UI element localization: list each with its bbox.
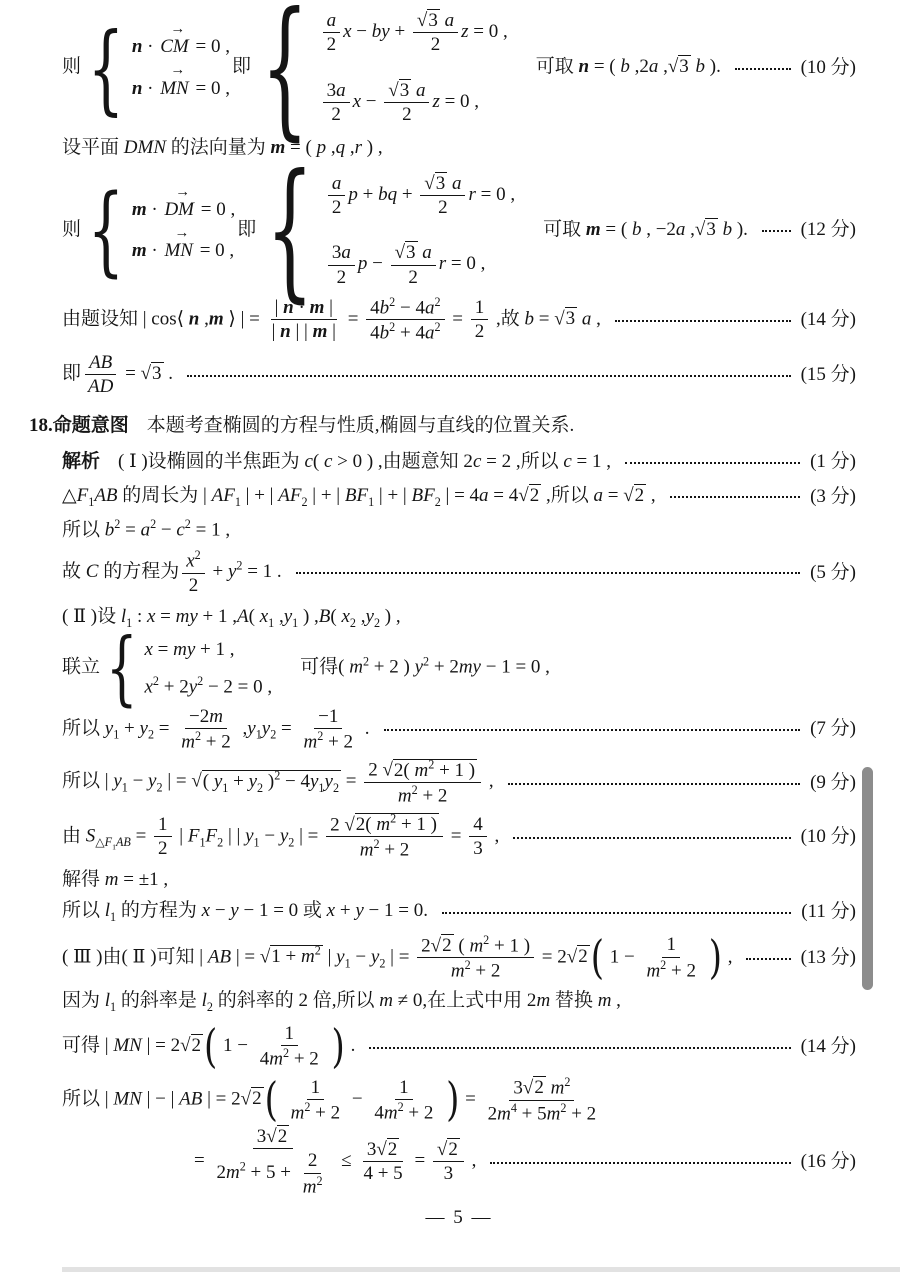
score-label: (16 分)	[801, 1149, 856, 1175]
math-content: 因为 l1 的斜率是 l2 的斜率的 2 倍,所以 m ≠ 0,在上式中用 2m…	[62, 988, 621, 1015]
math-content: 解得 m = ±1 ,	[62, 867, 168, 893]
dotted-leader	[762, 230, 791, 232]
solution-line-slope-relation: 因为 l1 的斜率是 l2 的斜率的 2 倍,所以 m ≠ 0,在上式中用 2m…	[62, 988, 856, 1015]
solution-line-cos-angle: 由题设知 | cos⟨ n ,m ⟩ | = | n · m || n | | …	[62, 296, 856, 344]
score-label: (5 分)	[810, 560, 856, 586]
solution-line-y-difference: 所以 | y1 − y2 | = √( y1 + y2 )2 − 4y1y2 =…	[62, 758, 856, 806]
dotted-leader	[296, 572, 800, 574]
dotted-leader	[187, 375, 791, 377]
math-content: 则{n · CM = 0 ,n · MN = 0 ,即{a2x − by + √…	[62, 10, 721, 125]
solution-line-triangle-area: 由 S△F1AB = 12 | F1F2 | | y1 − y2 | = 2 √…	[62, 813, 856, 861]
score-label: (15 分)	[801, 362, 856, 388]
solution-line-l1-equations: 所以 l1 的方程为 x − y − 1 = 0 或 x + y − 1 = 0…	[62, 898, 856, 925]
dotted-leader	[746, 958, 790, 960]
math-content: 解析( Ⅰ )设椭圆的半焦距为 c( c > 0 ) ,由题意知 2c = 2 …	[62, 449, 611, 475]
score-label: (3 分)	[810, 484, 856, 510]
solution-line-vectors-n: 则{n · CM = 0 ,n · MN = 0 ,即{a2x − by + √…	[62, 10, 856, 125]
math-content: ( Ⅲ )由( Ⅱ )可知 | AB | = √1 + m2 | y1 − y2…	[62, 934, 732, 982]
solution-line-simultaneous-system: 联立{x = my + 1 ,x2 + 2y2 − 2 = 0 ,可得( m2 …	[62, 637, 856, 700]
math-content: = 3√22m2 + 5 + 2m2 ≤ 3√24 + 5 = √23 ,	[194, 1126, 476, 1197]
score-label: (10 分)	[801, 824, 856, 850]
math-content: △F1AB 的周长为 | AF1 | + | AF2 | + | BF1 | +…	[62, 483, 656, 510]
math-content: 设平面 DMN 的法向量为 m = ( p ,q ,r ) ,	[62, 135, 383, 161]
math-content: 所以 | y1 − y2 | = √( y1 + y2 )2 − 4y1y2 =…	[62, 758, 494, 806]
solution-line-set-normal-m: 设平面 DMN 的法向量为 m = ( p ,q ,r ) ,	[62, 135, 856, 161]
math-content: 所以 | MN | − | AB | = 2√2( 1m2 + 2 − 14m2…	[62, 1076, 603, 1124]
solution-line-b-squared: 所以 b2 = a2 − c2 = 1 ,	[62, 516, 856, 543]
solution-line-final-bound: = 3√22m2 + 5 + 2m2 ≤ 3√24 + 5 = √23 , (1…	[194, 1126, 856, 1197]
page-bottom-edge	[62, 1267, 900, 1272]
dotted-leader	[615, 320, 791, 322]
score-label: (1 分)	[810, 449, 856, 475]
dotted-leader	[490, 1162, 790, 1164]
dotted-leader	[625, 462, 800, 464]
score-label: (14 分)	[801, 307, 856, 333]
math-content: 故 C 的方程为x22 + y2 = 1 .	[62, 549, 282, 596]
score-label: (14 分)	[801, 1034, 856, 1060]
solution-line-vectors-m: 则{m · DM = 0 ,m · MN = 0 ,即{a2p + bq + √…	[62, 173, 856, 288]
math-content: 由 S△F1AB = 12 | F1F2 | | y1 − y2 | = 2 √…	[62, 813, 499, 861]
solution-line-part3-ab-length: ( Ⅲ )由( Ⅱ )可知 | AB | = √1 + m2 | y1 − y2…	[62, 934, 856, 982]
math-content: 所以 b2 = a2 − c2 = 1 ,	[62, 516, 230, 543]
dotted-leader	[442, 912, 791, 914]
math-content: 由题设知 | cos⟨ n ,m ⟩ | = | n · m || n | | …	[62, 296, 601, 344]
dotted-leader	[735, 68, 791, 70]
math-content: 18.命题意图本题考查椭圆的方程与性质,椭圆与直线的位置关系.	[29, 413, 574, 439]
math-content: 则{m · DM = 0 ,m · MN = 0 ,即{a2p + bq + √…	[62, 173, 748, 288]
solution-line-ab-ad-ratio: 即ABAD = √3 . (15 分)	[62, 352, 856, 398]
scrollbar-thumb[interactable]	[862, 767, 873, 990]
math-content: 即ABAD = √3 .	[62, 352, 173, 398]
solution-line-solve-m: 解得 m = ±1 ,	[62, 867, 856, 893]
solution-line-ellipse-equation: 故 C 的方程为x22 + y2 = 1 . (5 分)	[62, 549, 856, 596]
dotted-leader	[384, 729, 801, 731]
solution-line-vieta: 所以 y1 + y2 = −2mm2 + 2 ,y1y2 = −1m2 + 2 …	[62, 706, 856, 753]
dotted-leader	[670, 496, 800, 498]
dotted-leader	[513, 837, 790, 839]
solution-line-mn-minus-ab: 所以 | MN | − | AB | = 2√2( 1m2 + 2 − 14m2…	[62, 1076, 856, 1124]
score-label: (10 分)	[801, 55, 856, 81]
solution-line-part2-setup: ( Ⅱ )设 l1 : x = my + 1 ,A( x1 ,y1 ) ,B( …	[62, 604, 856, 631]
solution-page: 则{n · CM = 0 ,n · MN = 0 ,即{a2x − by + √…	[0, 0, 900, 1231]
solution-line-mn-length: 可得 | MN | = 2√2( 1 − 14m2 + 2 ) . (14 分)	[62, 1023, 856, 1070]
page-number: — 5 —	[62, 1205, 856, 1231]
score-label: (11 分)	[801, 899, 856, 925]
math-solution-document: { "document": { "page_label": "— 5 —" },…	[0, 0, 900, 1272]
score-label: (9 分)	[810, 770, 856, 796]
math-content: 可得 | MN | = 2√2( 1 − 14m2 + 2 ) .	[62, 1023, 355, 1070]
dotted-leader	[508, 783, 800, 785]
math-content: 联立{x = my + 1 ,x2 + 2y2 − 2 = 0 ,可得( m2 …	[62, 637, 550, 700]
math-content: 所以 l1 的方程为 x − y − 1 = 0 或 x + y − 1 = 0…	[62, 898, 428, 925]
problem-18-intent-heading: 18.命题意图本题考查椭圆的方程与性质,椭圆与直线的位置关系.	[29, 413, 856, 439]
solution-line-perimeter: △F1AB 的周长为 | AF1 | + | AF2 | + | BF1 | +…	[62, 483, 856, 510]
score-label: (7 分)	[810, 716, 856, 742]
dotted-leader	[369, 1047, 790, 1049]
score-label: (13 分)	[801, 945, 856, 971]
score-label: (12 分)	[801, 217, 856, 243]
solution-line-analysis-part1: 解析( Ⅰ )设椭圆的半焦距为 c( c > 0 ) ,由题意知 2c = 2 …	[62, 449, 856, 475]
